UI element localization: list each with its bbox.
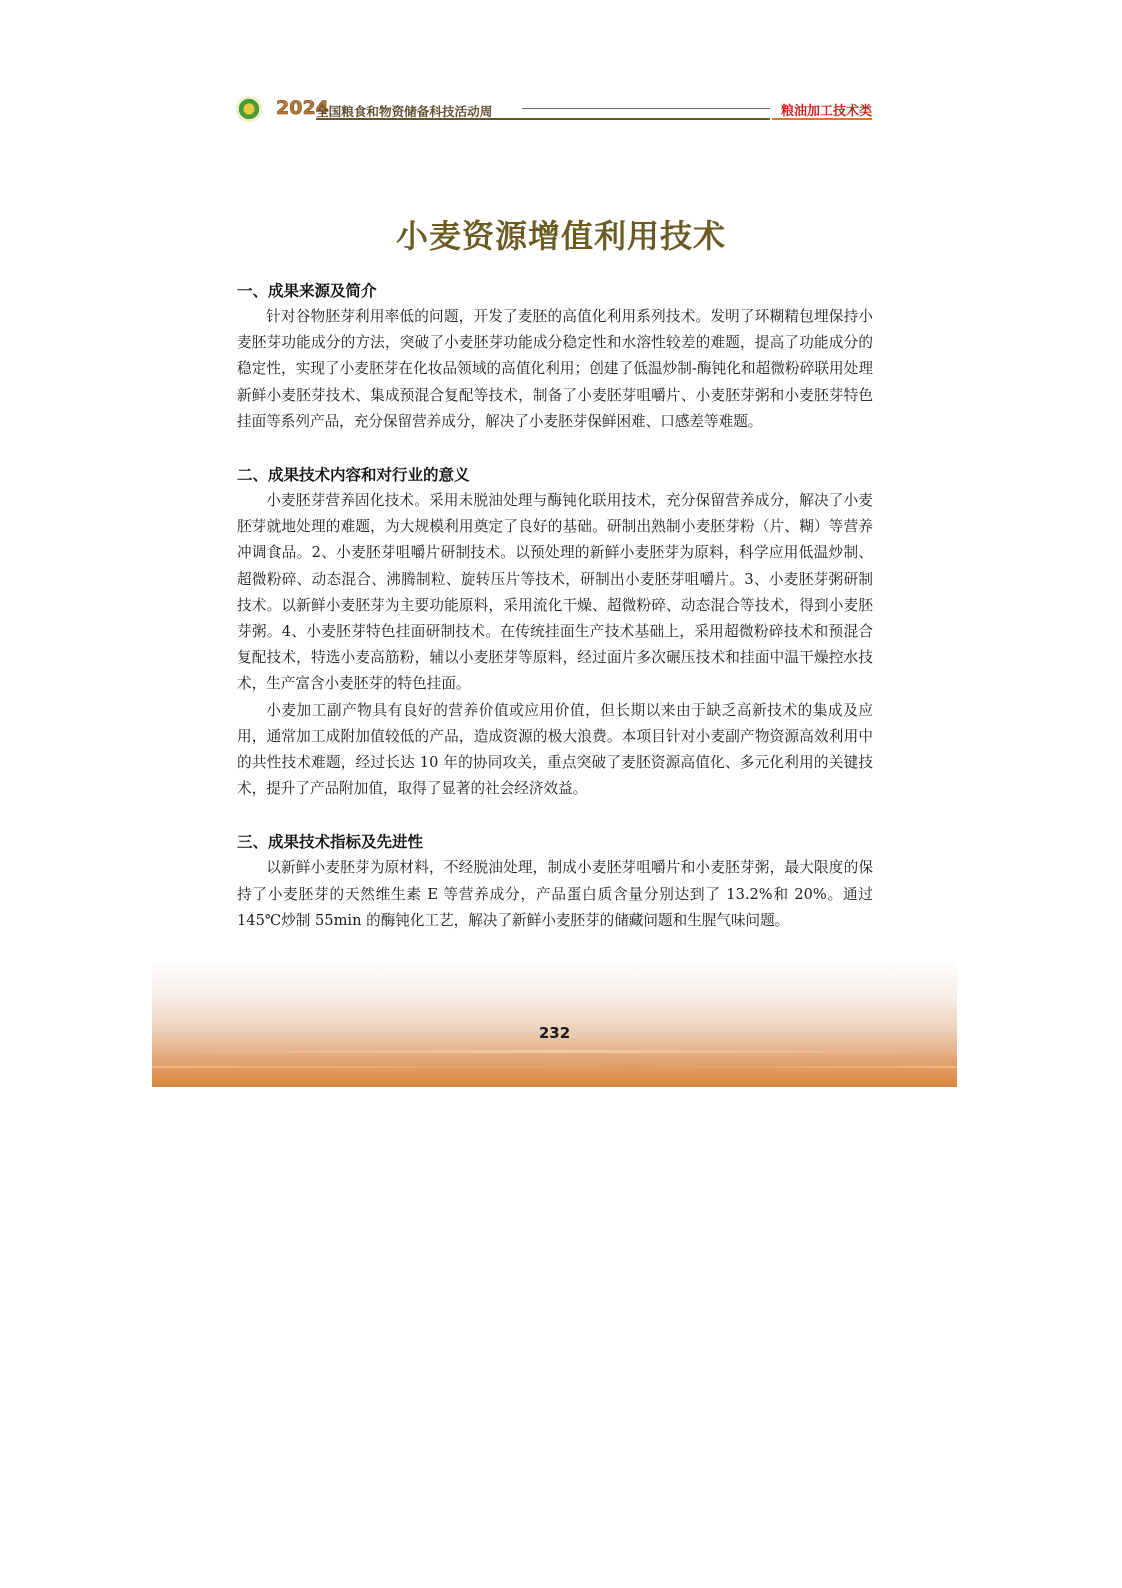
paragraph: 小麦胚芽营养固化技术。采用未脱油处理与酶钝化联用技术，充分保留营养成分，解决了小… — [237, 488, 873, 698]
header-category-underline — [772, 118, 872, 120]
paragraph: 以新鲜小麦胚芽为原材料，不经脱油处理，制成小麦胚芽咀嚼片和小麦胚芽粥，最大限度的… — [237, 855, 873, 934]
section-heading: 二、成果技术内容和对行业的意义 — [237, 462, 873, 488]
header-category: 粮油加工技术类 — [781, 100, 872, 119]
running-header: 2024 全国粮食和物资储备科技活动周 粮油加工技术类 — [236, 94, 872, 124]
grain-emblem-icon — [236, 96, 262, 122]
page-number: 232 — [152, 1024, 957, 1042]
article-body: 一、成果来源及简介 针对谷物胚芽利用率低的问题，开发了麦胚的高值化利用系列技术。… — [237, 278, 873, 934]
footer-decoration — [152, 1066, 957, 1068]
paragraph: 小麦加工副产物具有良好的营养价值或应用价值，但长期以来由于缺乏高新技术的集成及应… — [237, 698, 873, 803]
footer-band: 232 — [152, 958, 957, 1087]
footer-decoration — [152, 1050, 957, 1053]
header-divider — [522, 108, 770, 109]
section-heading: 一、成果来源及简介 — [237, 278, 873, 304]
section-heading: 三、成果技术指标及先进性 — [237, 829, 873, 855]
paragraph: 针对谷物胚芽利用率低的问题，开发了麦胚的高值化利用系列技术。发明了环糊精包埋保持… — [237, 304, 873, 435]
page-title: 小麦资源增值利用技术 — [0, 211, 1122, 257]
header-underline — [316, 118, 770, 120]
